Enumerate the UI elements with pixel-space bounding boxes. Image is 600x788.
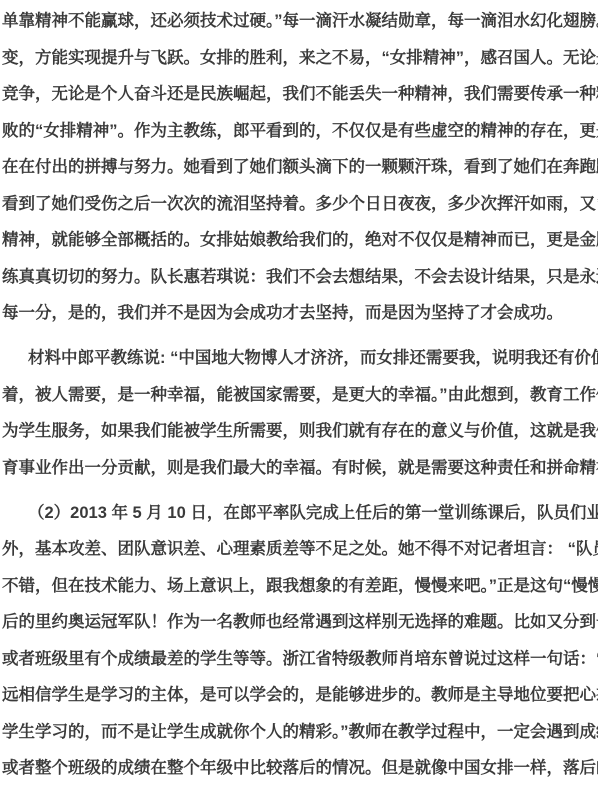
text-line: 在在付出的拼搏与努力。她看到了她们额头滴下的一颗颗汗珠，看到了她们在奔跑跳跃中的…	[2, 149, 598, 186]
text-line: 学生学习的，而不是让学生成就你个人的精彩。”教师在教学过程中，一定会遇到成绩暂时…	[2, 714, 598, 751]
paragraph-training-2013: （2）2013 年 5 月 10 日，在郎平率队完成上任后的第一堂训练课后，队员…	[2, 495, 598, 787]
text-line: 竞争，无论是个人奋斗还是民族崛起，我们不能丢失一种精神，我们需要传承一种精神，这…	[2, 76, 598, 113]
text-line: 每一分，是的，我们并不是因为会成功才去坚持，而是因为坚持了才会成功。	[2, 295, 598, 332]
text-line: 败的“女排精神”。作为主教练，郎平看到的，不仅仅是有些虚空的精神的存在，更是一个…	[2, 113, 598, 150]
paragraph-langping-quote: 材料中郎平教练说: “中国地大物博人才济济，而女排还需要我，说明我还有价值。我心…	[2, 340, 598, 486]
text-line: 变，方能实现提升与飞跃。女排的胜利，来之不易，“女排精神”，感召国人。无论是体育…	[2, 40, 598, 77]
paragraph-volleyball-spirit: 单靠精神不能赢球，还必须技术过硬。”每一滴汗水凝结勋章，每一滴泪水幻化翅膀。人生…	[2, 3, 598, 332]
text-line: 不错，但在技术能力、场上意识上，跟我想象的有差距，慢慢来吧。”正是这句“慢慢来吧…	[2, 568, 598, 605]
text-line: 后的里约奥运冠军队！作为一名教师也经常遇到这样别无选择的难题。比如又分到一个全年…	[2, 604, 598, 641]
text-line: 或者班级里有个成绩最差的学生等等。浙江省特级教师肖培东曾说过这样一句话：“作为一…	[2, 641, 598, 678]
text-line: 远相信学生是学习的主体，是可以学会的，是能够进步的。教师是主导地位要把心态摆正。…	[2, 677, 598, 714]
text-line: 看到了她们受伤之后一次次的流泪坚持着。多少个日日夜夜，多少次挥汗如雨，又岂是简简…	[2, 186, 598, 223]
text-line: 或者整个班级的成绩在整个年级中比较落后的情况。但是就像中国女排一样，落后的原因也…	[2, 750, 598, 787]
text-line: 着，被人需要，是一种幸福，能被国家需要，是更大的幸福。”由此想到，教育工作何尝不…	[2, 377, 598, 414]
text-line: 练真真切切的努力。队长惠若琪说：我们不会去想结果，不会去设计结果，只是永远不放弃…	[2, 259, 598, 296]
text-line: 外，基本攻差、团队意识差、心理素质差等不足之处。她不得不对记者坦言： “队员们目…	[2, 531, 598, 568]
text-line: 为学生服务，如果我们能被学生所需要，则我们就有存在的意义与价值，这就是我们的最大…	[2, 413, 598, 450]
document-page: { "page": { "language": "zh-CN", "colors…	[0, 0, 600, 788]
text-line: 单靠精神不能赢球，还必须技术过硬。”每一滴汗水凝结勋章，每一滴泪水幻化翅膀。人生…	[2, 3, 598, 40]
text-line: 育事业作出一分贡献，则是我们最大的幸福。有时候，就是需要这种责任和拼命精神。	[2, 450, 598, 487]
document-body: 单靠精神不能赢球，还必须技术过硬。”每一滴汗水凝结勋章，每一滴泪水幻化翅膀。人生…	[2, 3, 598, 787]
text-line: 材料中郎平教练说: “中国地大物博人才济济，而女排还需要我，说明我还有价值。我心…	[2, 340, 598, 377]
text-line: 精神，就能够全部概括的。女排姑娘教给我们的，绝对不仅仅是精神而已，更是金牌背后那…	[2, 222, 598, 259]
text-line: （2）2013 年 5 月 10 日，在郎平率队完成上任后的第一堂训练课后，队员…	[2, 495, 598, 532]
